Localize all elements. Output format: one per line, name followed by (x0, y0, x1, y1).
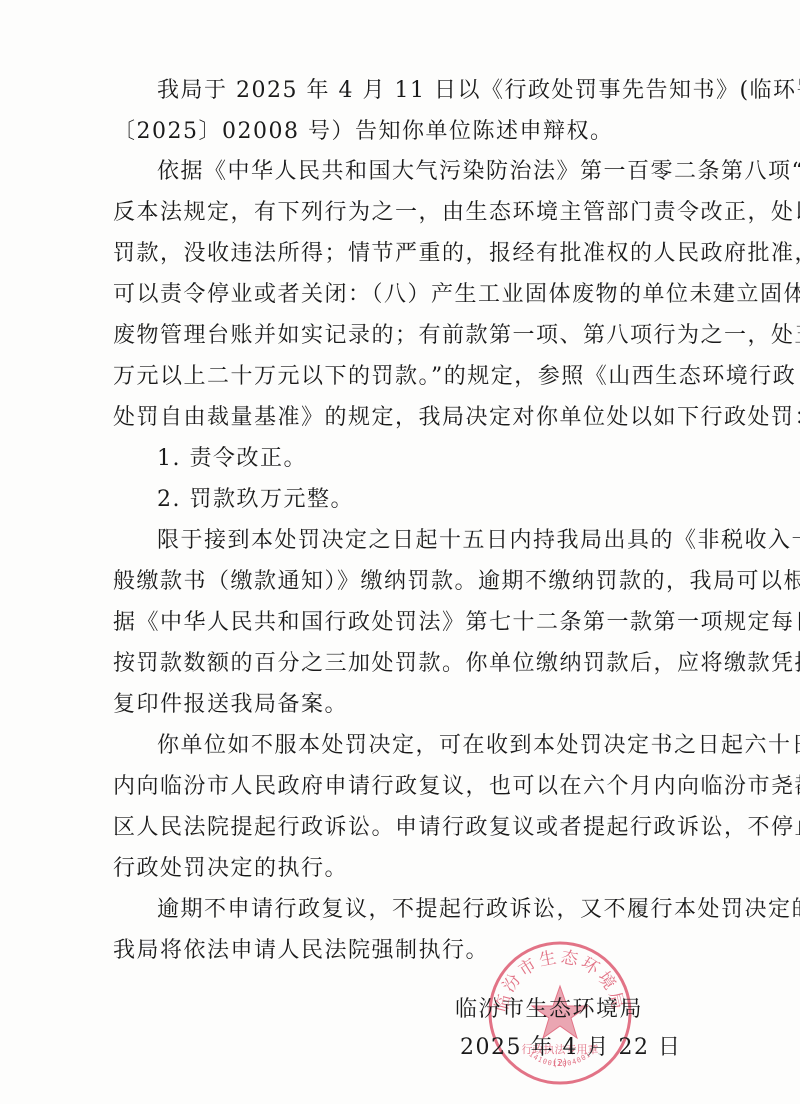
text-line: 〔2025〕02008 号）告知你单位陈述申辩权。 (113, 111, 693, 152)
text-line: 处罚自由裁量基准》的规定，我局决定对你单位处以如下行政处罚： (113, 397, 693, 438)
paragraph-payment: 限于接到本处罚决定之日起十五日内持我局出具的《非税收入一 般缴款书（缴款通知）》… (113, 520, 693, 725)
document-page: 我局于 2025 年 4 月 11 日以《行政处罚事先告知书》(临环罚告 〔20… (0, 0, 800, 1104)
text-line: 反本法规定，有下列行为之一，由生态环境主管部门责令改正，处以 (113, 192, 693, 233)
text-line: 限于接到本处罚决定之日起十五日内持我局出具的《非税收入一 (113, 520, 693, 561)
paragraph-legal-basis: 依据《中华人民共和国大气污染防治法》第一百零二条第八项“违 反本法规定，有下列行… (113, 151, 693, 438)
text-line: 按罚款数额的百分之三加处罚款。你单位缴纳罚款后，应将缴款凭据 (113, 643, 693, 684)
text-line: 内向临汾市人民政府申请行政复议，也可以在六个月内向临汾市尧都 (113, 766, 693, 807)
text-line: 般缴款书（缴款通知）》缴纳罚款。逾期不缴纳罚款的，我局可以根 (113, 561, 693, 602)
text-line: 依据《中华人民共和国大气污染防治法》第一百零二条第八项“违 (113, 151, 693, 192)
penalty-item-2: 2. 罚款玖万元整。 (113, 479, 693, 520)
penalty-item-1: 1. 责令改正。 (113, 438, 693, 479)
text-line: 废物管理台账并如实记录的；有前款第一项、第八项行为之一，处五 (113, 315, 693, 356)
text-line: 复印件报送我局备案。 (113, 684, 693, 725)
text-line: 1. 责令改正。 (113, 438, 693, 479)
text-line: 据《中华人民共和国行政处罚法》第七十二条第一款第一项规定每日 (113, 602, 693, 643)
text-line: 万元以上二十万元以下的罚款。”的规定，参照《山西生态环境行政 (113, 356, 693, 397)
text-line: 区人民法院提起行政诉讼。申请行政复议或者提起行政诉讼，不停止 (113, 807, 693, 848)
text-line: 你单位如不服本处罚决定，可在收到本处罚决定书之日起六十日 (113, 725, 693, 766)
text-line: 2. 罚款玖万元整。 (113, 479, 693, 520)
text-line: 罚款，没收违法所得；情节严重的，报经有批准权的人民政府批准， (113, 233, 693, 274)
issue-date: 2025 年 4 月 22 日 (460, 1030, 681, 1061)
paragraph-appeal: 你单位如不服本处罚决定，可在收到本处罚决定书之日起六十日 内向临汾市人民政府申请… (113, 725, 693, 889)
text-line: 逾期不申请行政复议，不提起行政诉讼，又不履行本处罚决定的， (113, 889, 693, 930)
issuing-agency: 临汾市生态环境局 (455, 992, 643, 1023)
text-line: 行政处罚决定的执行。 (113, 848, 693, 889)
text-line: 可以责令停业或者关闭：（八）产生工业固体废物的单位未建立固体 (113, 274, 693, 315)
text-line: 我局于 2025 年 4 月 11 日以《行政处罚事先告知书》(临环罚告 (113, 70, 693, 111)
paragraph-notice: 我局于 2025 年 4 月 11 日以《行政处罚事先告知书》(临环罚告 〔20… (113, 70, 693, 152)
